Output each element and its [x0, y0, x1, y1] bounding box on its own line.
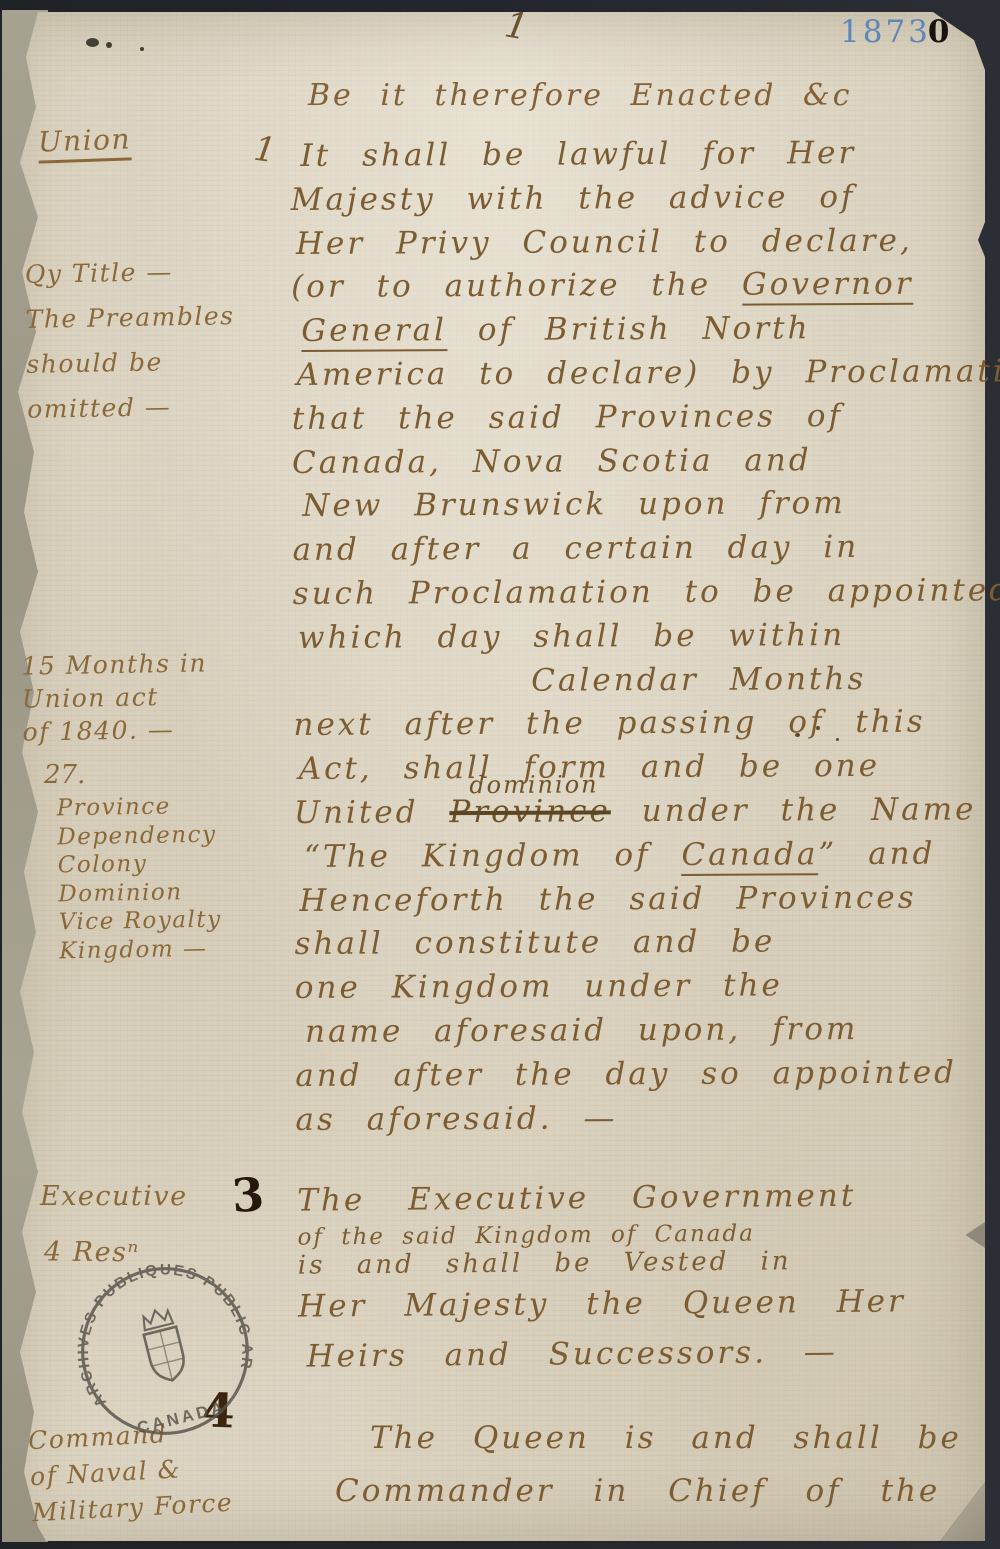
manuscript-line-amended: United dominionProvince under the Name o… [294, 791, 1000, 839]
accession-number-blue: 1873 [840, 14, 931, 50]
margin-note-months: 15 Months in Union act of 1840. — [21, 646, 208, 748]
margin-name-option: Kingdom — [59, 934, 222, 965]
line-text: of British North [447, 310, 811, 348]
manuscript-line: Calendar Months [293, 660, 1000, 708]
accession-number-stamped: 0 [928, 14, 953, 50]
line-text: (or to authorize the [291, 267, 742, 305]
margin-name-option: Colony [58, 849, 221, 880]
margin-note-line: Qy Title — [24, 248, 234, 297]
margin-note-line: The Preambles [25, 293, 235, 342]
margin-note-name-alternatives: Province Dependency Colony Dominion Vice… [57, 792, 223, 966]
line-text: “The Kingdom of [304, 837, 682, 875]
margin-note-number-27: 27. [44, 760, 85, 790]
manuscript-line: America to declare) by Proclamation [292, 353, 1000, 401]
section-1-body: It shall be lawful for Her Majesty with … [290, 134, 1000, 1145]
manuscript-line: The Queen is and shall be [300, 1420, 962, 1473]
manuscript-line: as aforesaid. — [295, 1098, 1000, 1146]
manuscript-line: name aforesaid upon, from [295, 1010, 1000, 1058]
manuscript-line: Her Majesty the Queen Her [298, 1283, 906, 1338]
margin-note-line: should be [26, 338, 236, 387]
manuscript-line: Act, shall form and be one [294, 747, 1000, 795]
section-3-number: 3 [230, 1167, 266, 1223]
margin-note-line: of 1840. — [22, 712, 208, 748]
stamp-shield-quarters [144, 1327, 189, 1385]
stamp-crown-icon [141, 1307, 173, 1330]
margin-name-option: Dominion [58, 877, 221, 908]
ink-speck [140, 47, 144, 51]
margin-note-title: Qy Title — The Preambles should be omitt… [24, 248, 236, 432]
amendment: dominionProvince [449, 793, 611, 830]
margin-note-line: Union act [22, 679, 208, 715]
margin-note-union-text: Union [37, 122, 131, 163]
manuscript-line: (or to authorize the Governor [291, 265, 1000, 313]
manuscript-line: shall constitute and be [294, 922, 1000, 970]
accession-number: 18730 [840, 14, 952, 50]
section-3-body: The Executive Government of the said Kin… [297, 1177, 906, 1386]
manuscript-line: New Brunswick upon from [292, 484, 1000, 532]
margin-note-executive: Executive [40, 1180, 188, 1214]
manuscript-line: It shall be lawful for Her [290, 134, 1000, 182]
manuscript-line: Majesty with the advice of [291, 178, 1000, 226]
manuscript-line: that the said Provinces of [292, 397, 1000, 445]
line-text: under the Name of [611, 791, 1000, 829]
manuscript-line: next after the passing of this [293, 703, 1000, 751]
margin-name-option: Province [57, 792, 220, 823]
manuscript-line: and after the day so appointed [295, 1054, 1000, 1102]
manuscript-line: which day shall be within [293, 616, 1000, 664]
manuscript-line: “The Kingdom of Canada” and [294, 835, 1000, 883]
manuscript-line: Canada, Nova Scotia and [292, 441, 1000, 489]
ink-speck [86, 38, 99, 47]
margin-name-option: Dependency [57, 820, 220, 851]
margin-name-option: Vice Royalty [59, 906, 222, 937]
underlined-word: Canada [681, 836, 818, 876]
manuscript-line: Henceforth the said Provinces [294, 879, 1000, 927]
underlined-word: General [301, 312, 447, 352]
margin-note-line: omitted — [27, 383, 237, 432]
manuscript-line: and after a certain day in [292, 528, 1000, 576]
manuscript-line: General of British North [291, 309, 1000, 357]
line-text: United [294, 794, 450, 831]
manuscript-scan: 1 18730 Be it therefore Enacted &c Union… [0, 0, 1000, 1549]
ink-speck [106, 42, 112, 48]
inserted-word: dominion [469, 770, 598, 799]
section-4-body: The Queen is and shall be Commander in C… [300, 1420, 962, 1517]
manuscript-line: is and shall be Vested in [298, 1245, 906, 1288]
manuscript-line: Her Privy Council to declare, [291, 222, 1000, 270]
manuscript-line: Heirs and Successors. — [298, 1333, 906, 1386]
manuscript-line: one Kingdom under the [295, 966, 1000, 1014]
manuscript-line: Commander in Chief of the [300, 1473, 962, 1517]
enacting-clause: Be it therefore Enacted &c [308, 78, 853, 113]
margin-note-union: Union [37, 122, 131, 159]
underlined-word: Governor [742, 266, 914, 306]
margin-note-line: 15 Months in [21, 646, 207, 682]
manuscript-line: such Proclamation to be appointed, [293, 572, 1000, 620]
line-text: ” and [818, 835, 935, 872]
manuscript-line: The Executive Government [297, 1177, 905, 1224]
